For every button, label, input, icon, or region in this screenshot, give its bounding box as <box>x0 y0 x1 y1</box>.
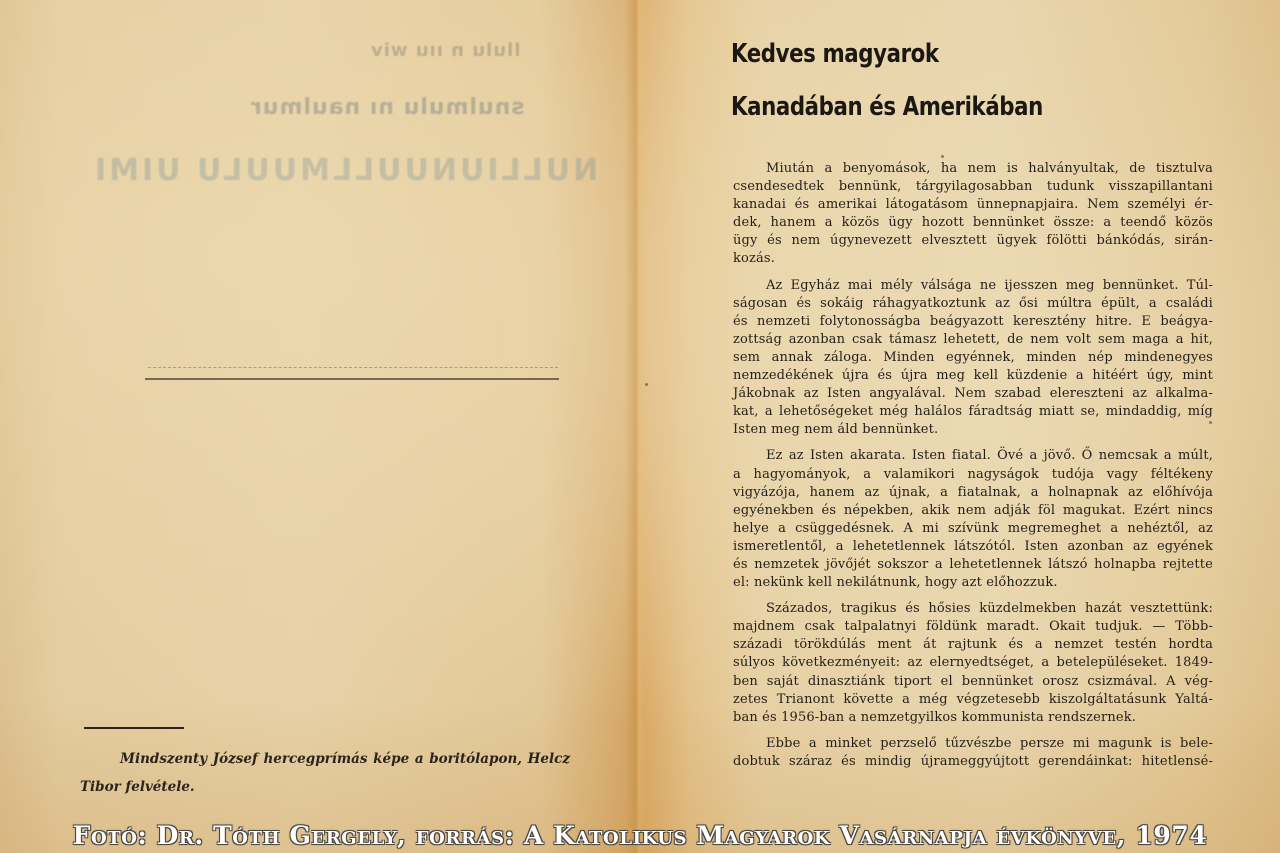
paragraph-1: Miután a benyomások, ha nem is halványul… <box>733 160 1213 269</box>
text-line: Isten meg nem áld bennünket. <box>733 421 1213 439</box>
text-line: sem annak záloga. Minden egyénnek, minde… <box>733 349 1213 367</box>
text-line: el: nekünk kell nekilátnunk, hogy azt el… <box>733 574 1213 592</box>
paragraph-2: Az Egyház mai mély válsága ne ijesszen m… <box>733 277 1213 440</box>
text-line: súlyos következményeit: az elernyedtsége… <box>733 654 1213 672</box>
bleed-through-text-2: snulmulu nı naulmur <box>250 95 524 120</box>
text-line: és nemzeti folytonosságba beágyazott ker… <box>733 313 1213 331</box>
text-line: Miután a benyomások, ha nem is halványul… <box>733 160 1213 178</box>
text-line: ügy és nem úgynevezett elvesztett ügyek … <box>733 232 1213 250</box>
text-line: kanadai és amerikai látogatásom ünnepnap… <box>733 196 1213 214</box>
bleed-through-text-3: NULLIUNUULLMUULU UIMI <box>92 153 598 188</box>
book-spread: llulu n ııu wiv snulmulu nı naulmur NULL… <box>0 0 1280 853</box>
text-line: Jákobnak az Isten angyalával. Nem szabad… <box>733 385 1213 403</box>
text-line: zetes Trianont követte a még végzetesebb… <box>733 691 1213 709</box>
text-line: dek, hanem a közös ügy hozott bennünket … <box>733 214 1213 232</box>
paragraph-3: Ez az Isten akarata. Isten fiatal. Övé a… <box>733 447 1213 592</box>
text-line: kozás. <box>733 250 1213 268</box>
text-line: csendesedtek bennünk, tárgyilagosabban t… <box>733 178 1213 196</box>
paper-speck <box>1209 421 1212 424</box>
photo-credit-bar: Fotó: Dr. Tóth Gergely, forrás: A Katoli… <box>0 818 1280 853</box>
text-line: Az Egyház mai mély válsága ne ijesszen m… <box>733 277 1213 295</box>
text-line: zottság azonban csak támasz lehetett, de… <box>733 331 1213 349</box>
faded-rule-upper <box>148 367 558 368</box>
paragraph-4: Százados, tragikus és hősies küzdelmekbe… <box>733 600 1213 727</box>
text-line: századi törökdúlás ment át rajtunk és a … <box>733 636 1213 654</box>
footnote-rule <box>84 727 184 729</box>
text-line: ben saját dinasztiánk tiport el bennünke… <box>733 673 1213 691</box>
caption-line-1: Mindszenty József hercegprímás képe a bo… <box>80 745 570 773</box>
faded-rule-lower <box>145 378 559 380</box>
text-line: dobtuk száraz és mindig újrameggyújtott … <box>733 753 1213 771</box>
text-line: ban és 1956-ban a nemzetgyilkos kommunis… <box>733 709 1213 727</box>
text-line: ságosan és sokáig ráhagyatkoztunk az ősi… <box>733 295 1213 313</box>
paragraph-5: Ebbe a minket perzselő tűzvészbe persze … <box>733 735 1213 771</box>
article-body: Miután a benyomások, ha nem is halványul… <box>733 160 1213 779</box>
text-line: Ebbe a minket perzselő tűzvészbe persze … <box>733 735 1213 753</box>
text-line: kat, a lehetőségeket még halálos fáradts… <box>733 403 1213 421</box>
text-line: a hagyományok, a valamikori nagyságok tu… <box>733 466 1213 484</box>
text-line: majdnem csak talpalatnyi földünk maradt.… <box>733 618 1213 636</box>
caption-line-2: Tibor felvétele. <box>80 773 570 801</box>
text-line: ismeretlentől, a lehetetlennek látszótól… <box>733 538 1213 556</box>
text-line: Százados, tragikus és hősies küzdelmekbe… <box>733 600 1213 618</box>
text-line: nemzedékének újra és újra meg kell küzde… <box>733 367 1213 385</box>
text-line: és nemzetek jövőjét sokszor a lehetetlen… <box>733 556 1213 574</box>
article-title-line-2: Kanadában és Amerikában <box>731 92 1043 122</box>
article-title-line-1: Kedves magyarok <box>731 39 939 69</box>
text-line: helye a csüggedésnek. A mi szívünk megre… <box>733 520 1213 538</box>
text-line: Ez az Isten akarata. Isten fiatal. Övé a… <box>733 447 1213 465</box>
paper-speck <box>941 155 944 158</box>
photo-caption: Mindszenty József hercegprímás képe a bo… <box>80 745 570 801</box>
text-line: egyénekben és népekben, akik nem adják f… <box>733 502 1213 520</box>
paper-speck <box>645 383 648 386</box>
bleed-through-text-1: llulu n ııu wiv <box>370 40 520 61</box>
text-line: vigyázója, hanem az újnak, a fiatalnak, … <box>733 484 1213 502</box>
